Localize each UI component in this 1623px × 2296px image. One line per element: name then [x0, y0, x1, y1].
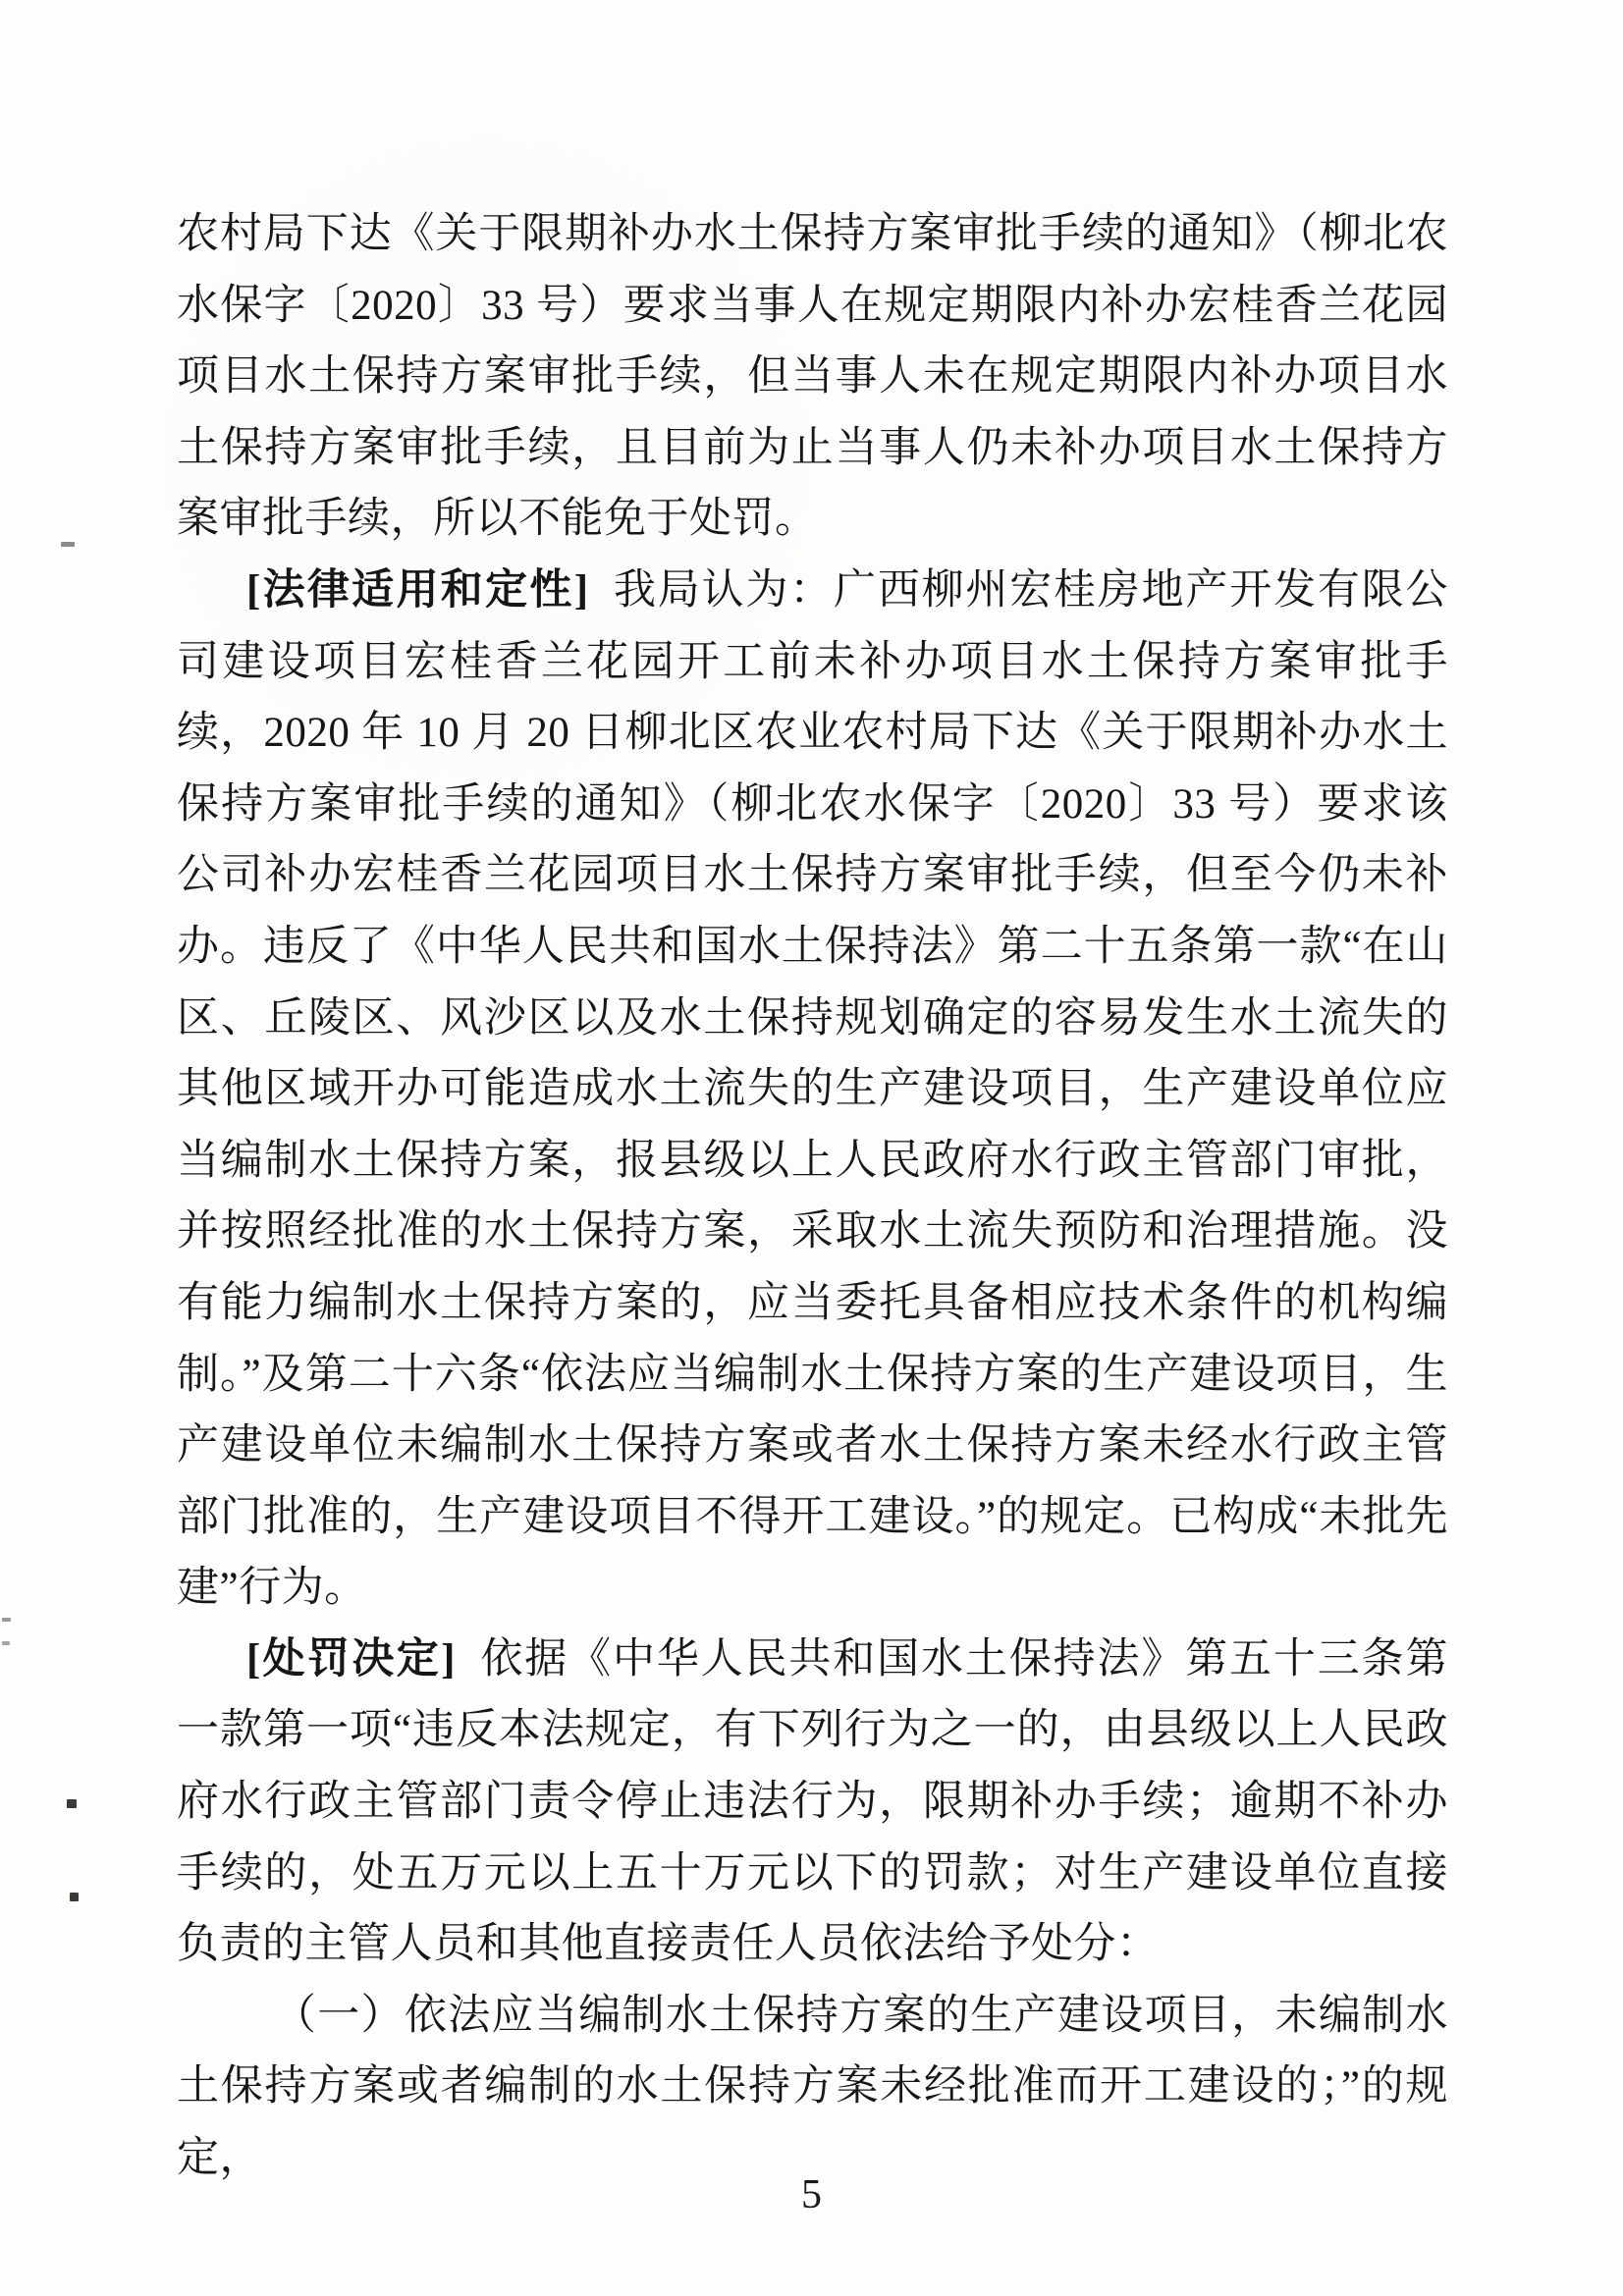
section-label-penalty-decision: [处罚决定]: [246, 1636, 456, 1682]
paragraph-penalty-decision: [处罚决定]依据《中华人民共和国水土保持法》第五十三条第一款第一项“违反本法规定…: [177, 1625, 1448, 1981]
scan-artifact: [70, 1893, 79, 1901]
paragraph-clause-item-one: （一）依法应当编制水土保持方案的生产建设项目，未编制水土保持方案或者编制的水土保…: [177, 1981, 1448, 2195]
paragraph-text: 我局认为：广西柳州宏桂房地产开发有限公司建设项目宏桂香兰花园开工前未补办项目水土…: [177, 567, 1448, 1611]
document-body: 农村局下达《关于限期补办水土保持方案审批手续的通知》（柳北农水保字〔2020〕3…: [177, 199, 1448, 2195]
paragraph-text: 农村局下达《关于限期补办水土保持方案审批手续的通知》（柳北农水保字〔2020〕3…: [177, 211, 1448, 542]
paragraph-legal-application: [法律适用和定性]我局认为：广西柳州宏桂房地产开发有限公司建设项目宏桂香兰花园开…: [177, 556, 1448, 1625]
scan-artifact: [2, 1641, 10, 1645]
page-number: 5: [0, 2171, 1623, 2218]
scan-artifact: [61, 542, 75, 547]
scan-artifact: [2, 1618, 11, 1622]
section-label-legal-application: [法律适用和定性]: [246, 567, 589, 614]
scan-artifact: [67, 1799, 77, 1808]
paragraph-facts-continuation: 农村局下达《关于限期补办水土保持方案审批手续的通知》（柳北农水保字〔2020〕3…: [177, 199, 1448, 556]
paragraph-text: （一）依法应当编制水土保持方案的生产建设项目，未编制水土保持方案或者编制的水土保…: [177, 1993, 1448, 2181]
scanned-document-page: 农村局下达《关于限期补办水土保持方案审批手续的通知》（柳北农水保字〔2020〕3…: [0, 0, 1623, 2296]
paragraph-text: 依据《中华人民共和国水土保持法》第五十三条第一款第一项“违反本法规定，有下列行为…: [177, 1636, 1448, 1967]
